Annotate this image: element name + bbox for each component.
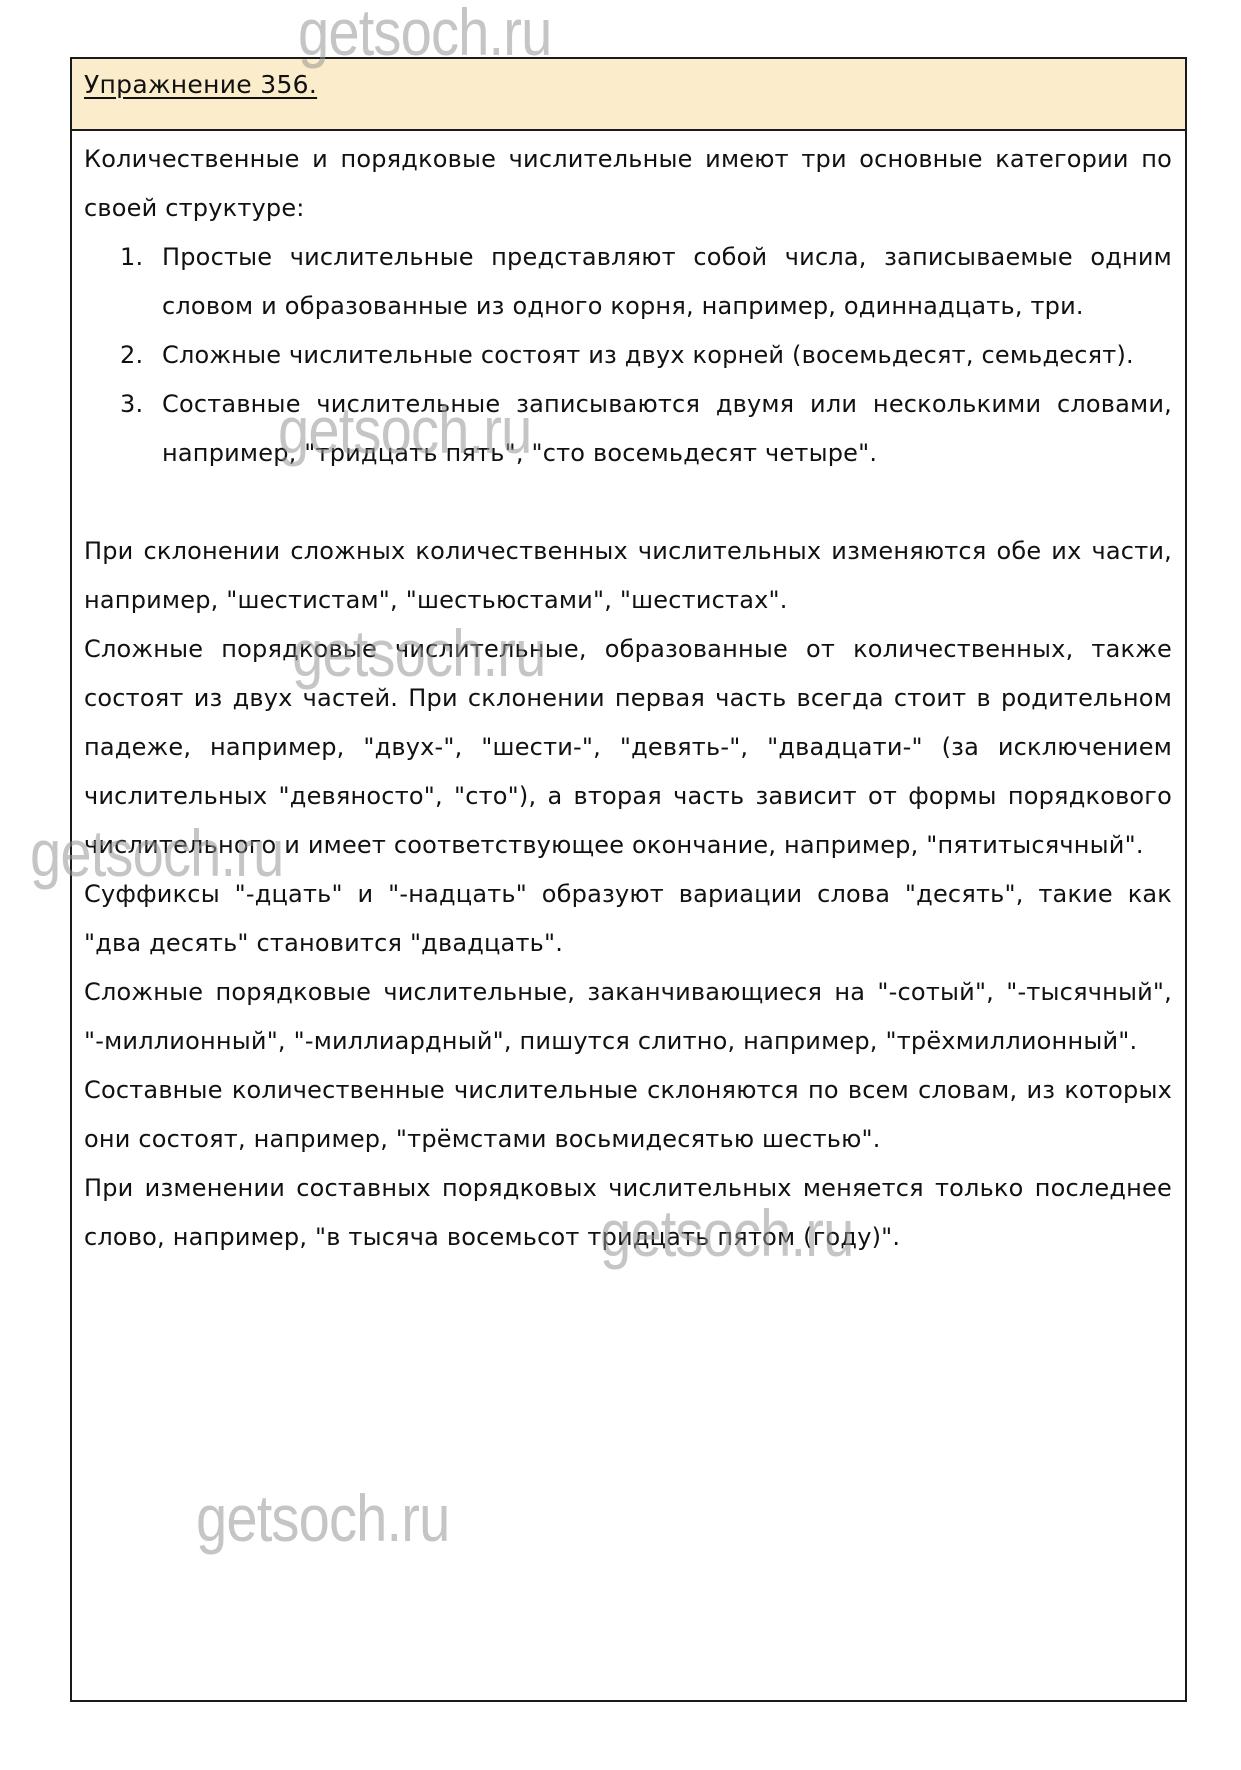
intro-paragraph: Количественные и порядковые числительные… xyxy=(84,135,1172,233)
structure-categories-list: 1. Простые числительные представляют соб… xyxy=(84,233,1172,478)
exercise-body: Количественные и порядковые числительные… xyxy=(72,131,1185,1262)
paragraph-declension-compound: При склонении сложных количественных чис… xyxy=(84,527,1172,625)
paragraph-composite-ordinal: При изменении составных порядковых числи… xyxy=(84,1164,1172,1262)
list-number: 3. xyxy=(120,380,143,429)
list-item-text: Составные числительные записываются двум… xyxy=(162,390,1172,467)
paragraph-solid-spelling: Сложные порядковые числительные, заканчи… xyxy=(84,968,1172,1066)
exercise-card: Упражнение 356. Количественные и порядко… xyxy=(70,57,1187,1702)
exercise-header: Упражнение 356. xyxy=(72,59,1185,131)
paragraph-ordinal-compound: Сложные порядковые числительные, образов… xyxy=(84,625,1172,870)
list-item: 2. Сложные числительные состоят из двух … xyxy=(84,331,1172,380)
list-number: 2. xyxy=(120,331,143,380)
paragraph-composite-cardinal: Составные количественные числительные ск… xyxy=(84,1066,1172,1164)
list-item: 3. Составные числительные записываются д… xyxy=(84,380,1172,478)
list-item: 1. Простые числительные представляют соб… xyxy=(84,233,1172,331)
paragraph-suffixes: Суффиксы "-дцать" и "-надцать" образуют … xyxy=(84,870,1172,968)
exercise-title: Упражнение 356. xyxy=(84,65,1173,105)
list-item-text: Сложные числительные состоят из двух кор… xyxy=(162,341,1134,369)
list-item-text: Простые числительные представляют собой … xyxy=(162,243,1172,320)
spacer xyxy=(84,478,1172,527)
list-number: 1. xyxy=(120,233,143,282)
